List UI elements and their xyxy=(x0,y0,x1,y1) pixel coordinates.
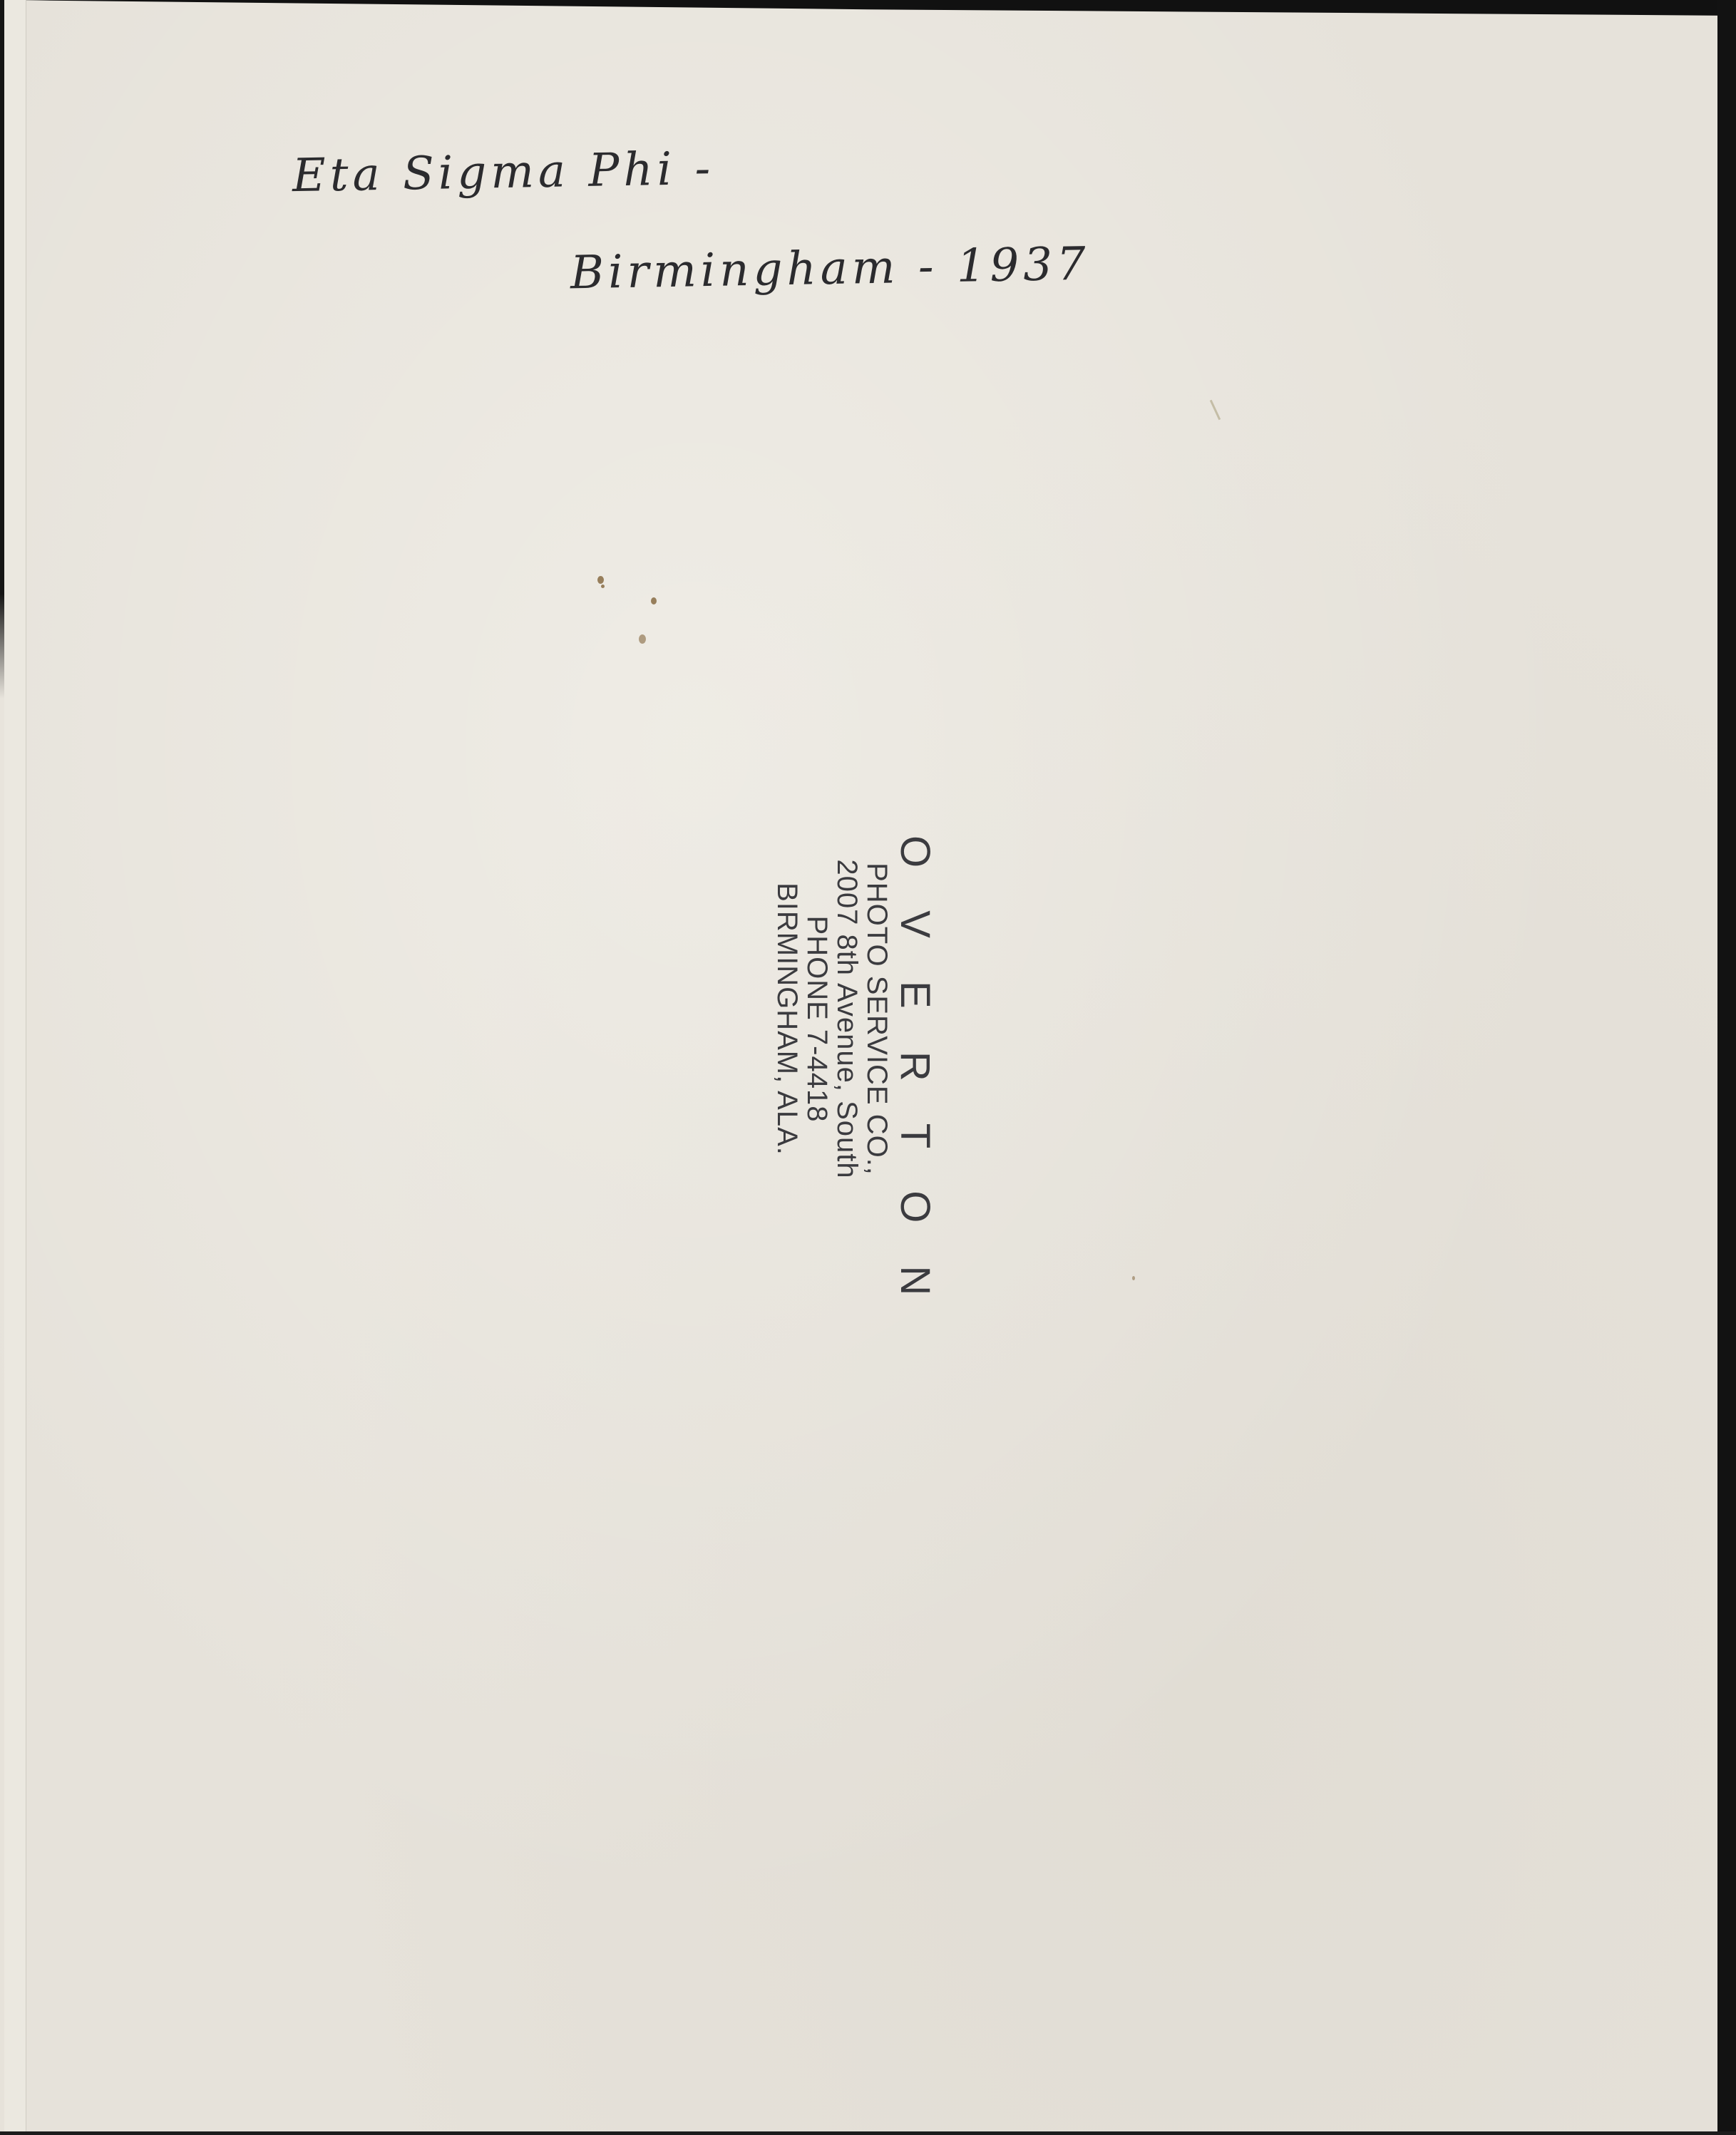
paper-edge-strip xyxy=(4,0,26,2131)
foxing-spot xyxy=(1132,1276,1135,1280)
scan-border-bottom xyxy=(0,2131,1736,2135)
photographer-stamp: O V E R T O N PHOTO SERVICE CO., 2007 8t… xyxy=(757,835,935,1203)
scan-border-top xyxy=(0,0,1736,16)
foxing-spot xyxy=(639,634,646,644)
foxing-spot xyxy=(601,585,605,588)
photo-back-paper: Eta Sigma Phi - Birmingham - 1937 O V E … xyxy=(0,0,1736,2135)
paper-crease-mark xyxy=(1210,400,1221,420)
handwritten-caption-line-2: Birmingham - 1937 xyxy=(570,238,1090,300)
scan-border-right xyxy=(1717,0,1736,2135)
stamp-city: BIRMINGHAM, ALA. xyxy=(773,835,801,1203)
foxing-spot xyxy=(597,576,604,584)
handwritten-caption-line-1: Eta Sigma Phi - xyxy=(292,143,714,202)
stamp-phone: PHONE 7-4418 xyxy=(803,835,831,1203)
foxing-spot xyxy=(651,597,657,605)
stamp-service-line: PHOTO SERVICE CO., xyxy=(863,835,891,1203)
stamp-address: 2007 8th Avenue, South xyxy=(833,835,861,1203)
stamp-company-name: O V E R T O N xyxy=(894,835,935,1203)
